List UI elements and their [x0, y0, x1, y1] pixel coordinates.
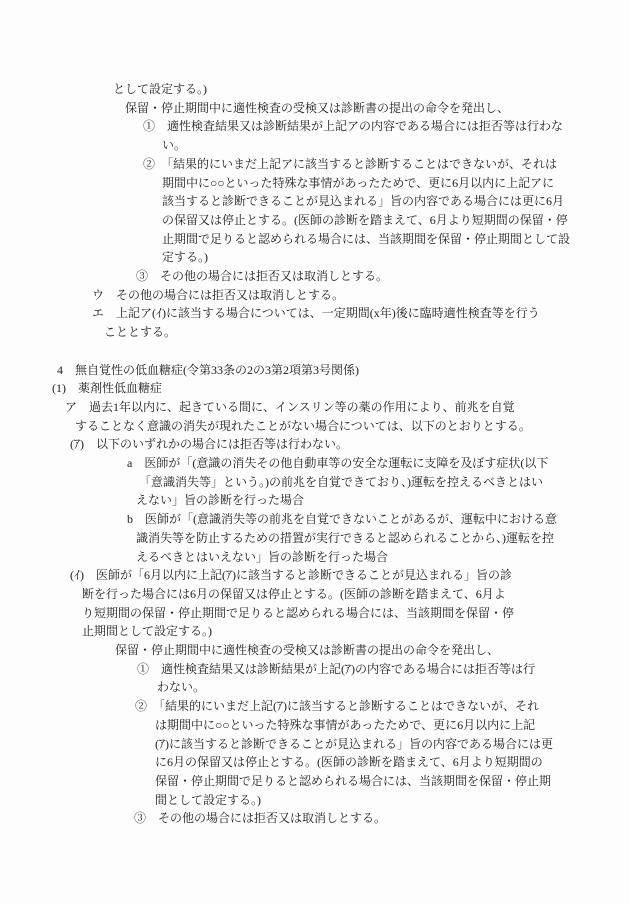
- doc-line: ① 適性検査結果又は診断結果が上記(ｱ)の内容である場合には拒否等は行: [137, 660, 535, 679]
- doc-line: えるべきとはいえない」旨の診断を行った場合: [136, 548, 388, 567]
- doc-line: は期間中に○○といった特殊な事情があったためで、更に6月以内に上記: [155, 716, 535, 735]
- doc-line: (1) 薬剤性低血糖症: [52, 379, 162, 398]
- doc-line: えない」旨の診断を行った場合: [136, 491, 304, 510]
- doc-line: (ｱ) 以下のいずれかの場合には拒否等は行わない。: [70, 435, 348, 454]
- doc-line: ③ その他の場合には拒否又は取消しとする。: [134, 809, 386, 828]
- doc-line: a 医師が「(意識の消失その他自動車等の安全な運転に支障を及ぼす症状(以下: [127, 454, 548, 473]
- doc-line: ア 過去1年以内に、起きている間に、インスリン等の薬の作用により、前兆を自覚: [65, 398, 515, 417]
- doc-line: 止期間で足りると認められる場合には、当該期間を保留・停止期間として設: [162, 230, 570, 249]
- doc-line: 保留・停止期間中に適性検査の受検又は診断書の提出の命令を発出し、: [125, 99, 509, 118]
- doc-line: に6月の保留又は停止とする。(医師の診断を踏まえて、6月より短期間の: [155, 753, 543, 772]
- doc-line: 保留・停止期間中に適性検査の受検又は診断書の提出の命令を発出し、: [115, 641, 499, 660]
- doc-line: b 医師が「(意識消失等の前兆を自覚できないことがあるが、運転中における意: [127, 510, 557, 529]
- doc-line: 間として設定する。): [155, 791, 261, 810]
- doc-line: 識消失等を防止するための措置が実行できると認められることから、)運転を控: [136, 529, 554, 548]
- doc-line: (ｱ)に該当すると診断できることが見込まれる」旨の内容である場合には更: [155, 735, 553, 754]
- doc-line: こととする。: [104, 323, 176, 342]
- doc-line: り短期間の保留・停止期間で足りると認められる場合には、当該期間を保留・停: [82, 604, 514, 623]
- doc-line: い。: [162, 136, 186, 155]
- document-page: として設定する。)保留・停止期間中に適性検査の受検又は診断書の提出の命令を発出し…: [0, 0, 630, 903]
- doc-line: (ｲ) 医師が「6月以内に上記(ｱ)に該当すると診断できることが見込まれる」旨の…: [70, 566, 512, 585]
- doc-line: 定する。): [162, 248, 208, 267]
- doc-line: 4 無自覚性の低血糖症(令第33条の2の3第2項第3号関係): [57, 361, 359, 380]
- doc-line: として設定する。): [113, 80, 207, 99]
- doc-line: 保留・停止期間で足りると認められる場合には、当該期間を保留・停止期: [155, 772, 551, 791]
- doc-line: ② 「結果的にいまだ上記アに該当すると診断することはできないが、それは: [143, 155, 557, 174]
- doc-line: 止期間として設定する。): [82, 622, 212, 641]
- doc-line: わない。: [157, 678, 205, 697]
- doc-line: ウ その他の場合には拒否又は取消しとする。: [92, 286, 344, 305]
- doc-line: 断を行った場合には6月の保留又は停止とする。(医師の診断を踏まえて、6月よ: [82, 585, 506, 604]
- doc-line: 該当すると診断できることが見込まれる」旨の内容である場合には更に6月: [162, 192, 564, 211]
- doc-line: ① 適性検査結果又は診断結果が上記アの内容である場合には拒否等は行わな: [143, 117, 563, 136]
- doc-line: ③ その他の場合には拒否又は取消しとする。: [136, 267, 388, 286]
- doc-line: 「意識消失等」という。)の前兆を自覚できており、)運転を控えるべきとはい: [139, 473, 543, 492]
- doc-line: ② 「結果的にいまだ上記(ｱ)に該当すると診断することはできないが、それ: [135, 697, 539, 716]
- doc-line: の保留又は停止とする。(医師の診断を踏まえて、6月より短期間の保留・停: [162, 211, 568, 230]
- doc-line: 期間中に○○といった特殊な事情があったためで、更に6月以内に上記アに: [162, 174, 554, 193]
- doc-line: することなく意識の消失が現れたことがない場合については、以下のとおりとする。: [75, 417, 531, 436]
- doc-line: エ 上記ア(ｲ)に該当する場合については、一定期間(x年)後に臨時適性検査等を行…: [92, 304, 540, 323]
